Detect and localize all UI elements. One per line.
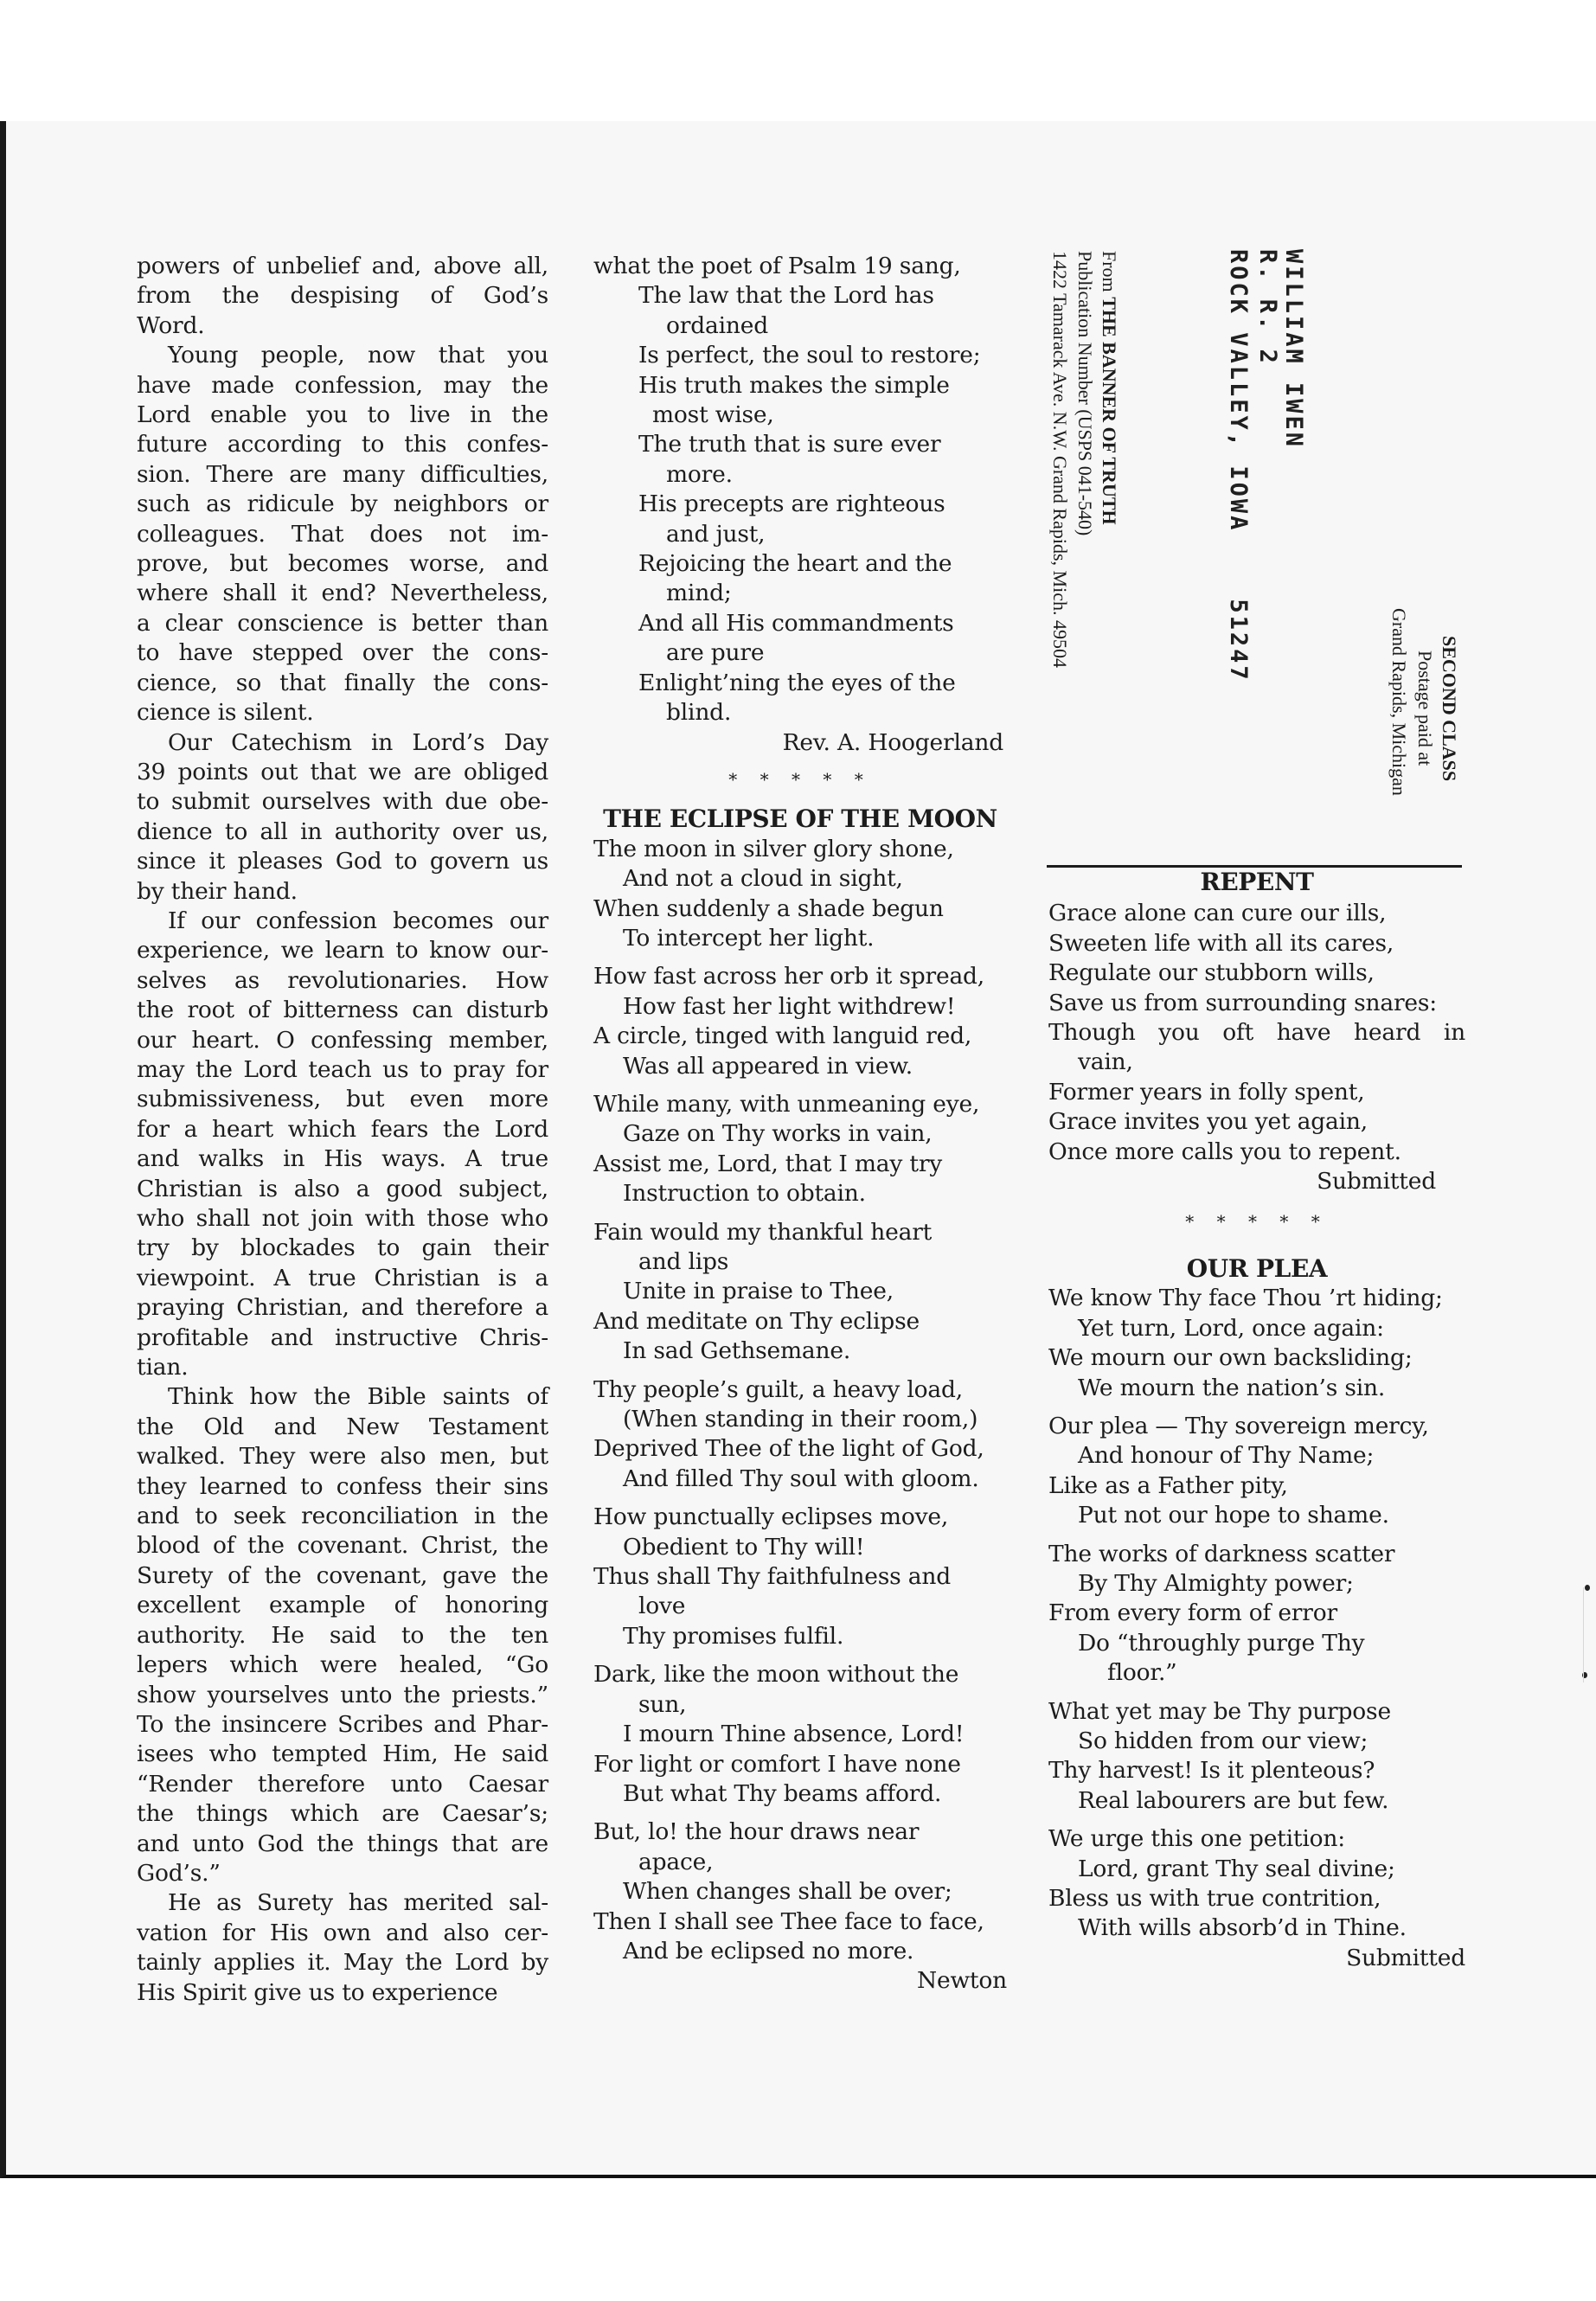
poem-line: Was all appeared in view. [593,1052,1007,1081]
poem-line: And meditate on Thy eclipse [593,1307,1007,1336]
article-line: cience, so that finally the cons- [137,669,548,698]
poem-line: The works of darkness scatter [1048,1540,1465,1569]
article-line: and walks in His ways. A true [137,1144,548,1174]
article-line: Christian is also a good subject, [137,1175,548,1204]
recipient-route: R. R. 2 [1254,249,1281,366]
poem-attribution-our-plea: Submitted [1048,1944,1465,1973]
poem-line: Grace alone can cure our ills, [1048,899,1465,928]
poem-line: Assist me, Lord, that I may try [593,1150,1007,1179]
article-line: since it pleases God to govern us [137,847,548,876]
poem-line: Yet turn, Lord, once again: [1048,1314,1465,1343]
poem-stanza: Fain would my thankful heartand lipsUnit… [593,1218,1007,1367]
article-line: have made confession, may the [137,371,548,401]
scan-speck [1585,1585,1590,1591]
article-line: vation for His own and also cer- [137,1919,548,1948]
article-line: praying Christian, and therefore a [137,1293,548,1323]
poem-line: Though you oft have heard in [1048,1018,1465,1048]
article-line: the Old and New Testament [137,1413,548,1442]
poem-line: Gaze on Thy works in vain, [593,1119,1007,1149]
poem-line: Fain would my thankful heart [593,1218,1007,1247]
poem-line: Thus shall Thy faithfulness and [593,1562,1007,1592]
article-line: Our Catechism in Lord’s Day [137,728,548,758]
psalm-line: Is perfect, the soul to restore; [593,341,1007,370]
psalm-line: ordained [593,311,1007,341]
poem-line: When changes shall be over; [593,1877,1007,1907]
poem-line: Thy harvest! Is it plenteous? [1048,1756,1465,1785]
article-line: the things which are Caesar’s; [137,1799,548,1829]
poem-line: We know Thy face Thou ’rt hiding; [1048,1284,1465,1313]
poem-eclipse-body: The moon in silver glory shone,And not a… [593,835,1007,1967]
poem-line: Do “throughly purge Thy [1048,1629,1465,1658]
poem-line: (When standing in their room,) [593,1405,1007,1434]
poem-line: Then I shall see Thee face to face, [593,1907,1007,1937]
poem-line: By Thy Almighty power; [1048,1569,1465,1599]
article-line: try by blockades to gain their [137,1234,548,1263]
article-line: they learned to confess their sins [137,1472,548,1502]
article-line: and unto God the things that are [137,1830,548,1859]
poem-line: And filled Thy soul with gloom. [593,1465,1007,1494]
poem-line: Real labourers are but few. [1048,1786,1465,1816]
article-paragraph: powers of unbelief and, above all,from t… [137,252,548,341]
poem-line: love [593,1592,1007,1621]
poem-attribution-newton: Newton [593,1966,1007,1996]
article-line: from the despising of God’s [137,281,548,311]
poem-line: Obedient to Thy will! [593,1533,1007,1562]
poem-line: Dark, like the moon without the [593,1660,1007,1689]
article-line: If our confession becomes our [137,907,548,936]
poem-title-eclipse: THE ECLIPSE OF THE MOON [593,804,1007,834]
article-line: walked. They were also men, but [137,1442,548,1471]
poem-title-our-plea: OUR PLEA [1048,1254,1465,1284]
poem-line: We urge this one petition: [1048,1824,1465,1854]
poem-stanza: Our plea — Thy sovereign mercy,And honou… [1048,1412,1465,1531]
poem-stanza: Dark, like the moon without thesun,I mou… [593,1660,1007,1809]
poem-line: For light or comfort I have none [593,1750,1007,1779]
poem-line: Grace invites you yet again, [1048,1107,1465,1137]
psalm-line: most wise, [593,401,1007,430]
article-line: sion. There are many difficulties, [137,460,548,490]
poem-stanza: Thy people’s guilt, a heavy load,(When s… [593,1375,1007,1495]
poem-line: The moon in silver glory shone, [593,835,1007,864]
article-line: “Render therefore unto Caesar [137,1770,548,1799]
psalm-attribution: Rev. A. Hoogerland [593,728,1007,758]
sender-line-2: Publication Number (USPS 041-540) [1074,251,1096,535]
article-line: He as Surety has merited sal- [137,1888,548,1918]
sender-publication-name: THE BANNER OF TRUTH [1099,297,1120,524]
poem-line: When suddenly a shade begun [593,894,1007,924]
article-line: isees who tempted Him, He said [137,1740,548,1769]
psalm-line: His truth makes the simple [593,371,1007,401]
sender-prefix: From [1099,251,1120,297]
article-line: a clear conscience is better than [137,609,548,638]
poem-stanza: The works of darkness scatterBy Thy Almi… [1048,1540,1465,1689]
article-line: powers of unbelief and, above all, [137,252,548,281]
article-line: God’s.” [137,1859,548,1888]
psalm-line: and just, [593,520,1007,549]
article-line: who shall not join with those who [137,1204,548,1234]
poem-column: what the poet of Psalm 19 sang, The law … [593,252,1007,1997]
psalm-line: The law that the Lord has [593,281,1007,311]
poem-line: I mourn Thine absence, Lord! [593,1720,1007,1749]
poem-line: apace, [593,1848,1007,1877]
poem-line: And honour of Thy Name; [1048,1441,1465,1471]
article-line: and to seek reconciliation in the [137,1502,548,1531]
recipient-name: WILLIAM IWEN [1280,249,1307,449]
article-line: experience, we learn to know our- [137,936,548,965]
poem-line: With wills absorb’d in Thine. [1048,1913,1465,1943]
postage-location: Grand Rapids, Michigan [1388,608,1410,796]
psalm-verse: The law that the Lord hasordainedIs perf… [593,281,1007,727]
article-line: Word. [137,311,548,341]
poem-line: Save us from surrounding snares: [1048,989,1465,1018]
poem-line: Regulate our stubborn wills, [1048,958,1465,988]
article-paragraph: He as Surety has merited sal-vation for … [137,1888,548,2008]
article-column: powers of unbelief and, above all,from t… [137,252,548,2008]
poem-line: Once more calls you to repent. [1048,1138,1465,1167]
article-line: by their hand. [137,877,548,907]
article-line: Young people, now that you [137,341,548,370]
article-paragraph: Our Catechism in Lord’s Day39 points out… [137,728,548,907]
poem-line: What yet may be Thy purpose [1048,1697,1465,1727]
poem-stanza: The moon in silver glory shone,And not a… [593,835,1007,954]
article-line: for a heart which fears the Lord [137,1115,548,1144]
poem-line: Deprived Thee of the light of God, [593,1434,1007,1464]
article-line: To the insincere Scribes and Phar- [137,1710,548,1740]
poem-line: Lord, grant Thy seal divine; [1048,1855,1465,1884]
article-paragraph: If our confession becomes ourexperience,… [137,907,548,1383]
poem-line: But what Thy beams afford. [593,1779,1007,1809]
psalm-line: The truth that is sure ever [593,430,1007,459]
poem-line: From every form of error [1048,1599,1465,1628]
article-line: where shall it end? Nevertheless, [137,579,548,608]
poem-line: So hidden from our view; [1048,1727,1465,1756]
poem-line: And not a cloud in sight, [593,864,1007,894]
poem-line: We mourn the nation’s sin. [1048,1374,1465,1403]
poem-line: Like as a Father pity, [1048,1471,1465,1501]
article-line: Think how the Bible saints of [137,1382,548,1412]
article-line: future according to this confes- [137,430,548,459]
article-line: to submit ourselves with due obe- [137,787,548,817]
right-poem-column: REPENT Grace alone can cure our ills,Swe… [1048,868,1465,1973]
poem-line: floor.” [1048,1658,1465,1688]
postage-class: SECOND CLASS [1438,636,1460,781]
article-line: dience to all in authority over us, [137,817,548,847]
poem-line: Former years in folly spent, [1048,1078,1465,1107]
article-line: show yourselves unto the priests.” [137,1681,548,1710]
poem-line: How fast across her orb it spread, [593,962,1007,991]
poem-line: Unite in praise to Thee, [593,1277,1007,1306]
article-line: may the Lord teach us to pray for [137,1055,548,1085]
poem-repent-body: Grace alone can cure our ills,Sweeten li… [1048,899,1465,1167]
poem-line: To intercept her light. [593,924,1007,953]
poem-line: Bless us with true contrition, [1048,1884,1465,1913]
poem-line: and lips [593,1247,1007,1277]
poem-our-plea-body: We know Thy face Thou ’rt hiding;Yet tur… [1048,1284,1465,1944]
article-line: tainly applies it. May the Lord by [137,1948,548,1977]
poem-line: Sweeten life with all its cares, [1048,929,1465,958]
article-line: profitable and instructive Chris- [137,1324,548,1353]
scan-edge-line [1583,1587,1584,1682]
poem-line: How fast her light withdrew! [593,992,1007,1022]
article-line: viewpoint. A true Christian is a [137,1264,548,1293]
psalm-line: blind. [593,698,1007,727]
article-line: Lord enable you to live in the [137,401,548,430]
article-line: colleagues. That does not im- [137,520,548,549]
article-line: Surety of the covenant, gave the [137,1561,548,1591]
psalm-line: mind; [593,579,1007,608]
recipient-city: ROCK VALLEY, IOWA 51247 [1225,249,1252,683]
article-line: lepers which were healed, “Go [137,1650,548,1680]
poem-stanza: We know Thy face Thou ’rt hiding;Yet tur… [1048,1284,1465,1403]
section-separator: * * * * * [593,765,1007,794]
postage-paid: Postage paid at [1413,651,1436,766]
poem-line: Thy people’s guilt, a heavy load, [593,1375,1007,1405]
poem-line: In sad Gethsemane. [593,1336,1007,1366]
article-line: authority. He said to the ten [137,1621,548,1650]
poem-stanza: What yet may be Thy purposeSo hidden fro… [1048,1697,1465,1817]
psalm-intro: what the poet of Psalm 19 sang, [593,252,1007,281]
article-line: selves as revolutionaries. How [137,966,548,996]
poem-title-repent: REPENT [1048,868,1465,897]
poem-line: Thy promises fulfil. [593,1622,1007,1651]
psalm-line: And all His commandments [593,609,1007,638]
poem-stanza: We urge this one petition:Lord, grant Th… [1048,1824,1465,1944]
article-line: our heart. O confessing member, [137,1026,548,1055]
poem-line: While many, with unmeaning eye, [593,1090,1007,1119]
article-line: to have stepped over the cons- [137,638,548,668]
sender-line-3: 1422 Tamarack Ave. N.W. Grand Rapids, Mi… [1048,251,1071,668]
article-line: excellent example of honoring [137,1591,548,1620]
article-paragraph: Think how the Bible saints ofthe Old and… [137,1382,548,1888]
article-line: submissiveness, but even more [137,1085,548,1114]
poem-line: sun, [593,1690,1007,1720]
article-line: His Spirit give us to experience [137,1978,548,2008]
poem-line: And be eclipsed no more. [593,1937,1007,1966]
sender-line-1: From THE BANNER OF TRUTH [1098,251,1120,525]
poem-line: Instruction to obtain. [593,1179,1007,1208]
psalm-line: more. [593,460,1007,490]
poem-attribution-repent: Submitted [1048,1167,1465,1196]
psalm-line: Rejoicing the heart and the [593,549,1007,579]
article-line: prove, but becomes worse, and [137,549,548,579]
poem-line: But, lo! the hour draws near [593,1817,1007,1847]
poem-stanza: How punctually eclipses move,Obedient to… [593,1503,1007,1651]
poem-line: vain, [1048,1048,1465,1077]
article-line: such as ridicule by neighbors or [137,490,548,519]
poem-line: How punctually eclipses move, [593,1503,1007,1532]
article-line: 39 points out that we are obliged [137,758,548,787]
article-line: blood of the covenant. Christ, the [137,1531,548,1561]
poem-line: A circle, tinged with languid red, [593,1022,1007,1051]
article-line: tian. [137,1353,548,1382]
poem-stanza: While many, with unmeaning eye,Gaze on T… [593,1090,1007,1209]
poem-stanza: But, lo! the hour draws nearapace,When c… [593,1817,1007,1966]
poem-line: Put not our hope to shame. [1048,1501,1465,1530]
article-line: the root of bitterness can disturb [137,996,548,1025]
poem-line: Our plea — Thy sovereign mercy, [1048,1412,1465,1441]
psalm-line: His precepts are righteous [593,490,1007,519]
poem-line: We mourn our own backsliding; [1048,1343,1465,1373]
psalm-line: Enlight’ning the eyes of the [593,669,1007,698]
psalm-line: are pure [593,638,1007,668]
article-line: cience is silent. [137,698,548,727]
article-paragraph: Young people, now that youhave made conf… [137,341,548,727]
section-separator-right: * * * * * [1048,1207,1465,1236]
poem-stanza: How fast across her orb it spread,How fa… [593,962,1007,1081]
